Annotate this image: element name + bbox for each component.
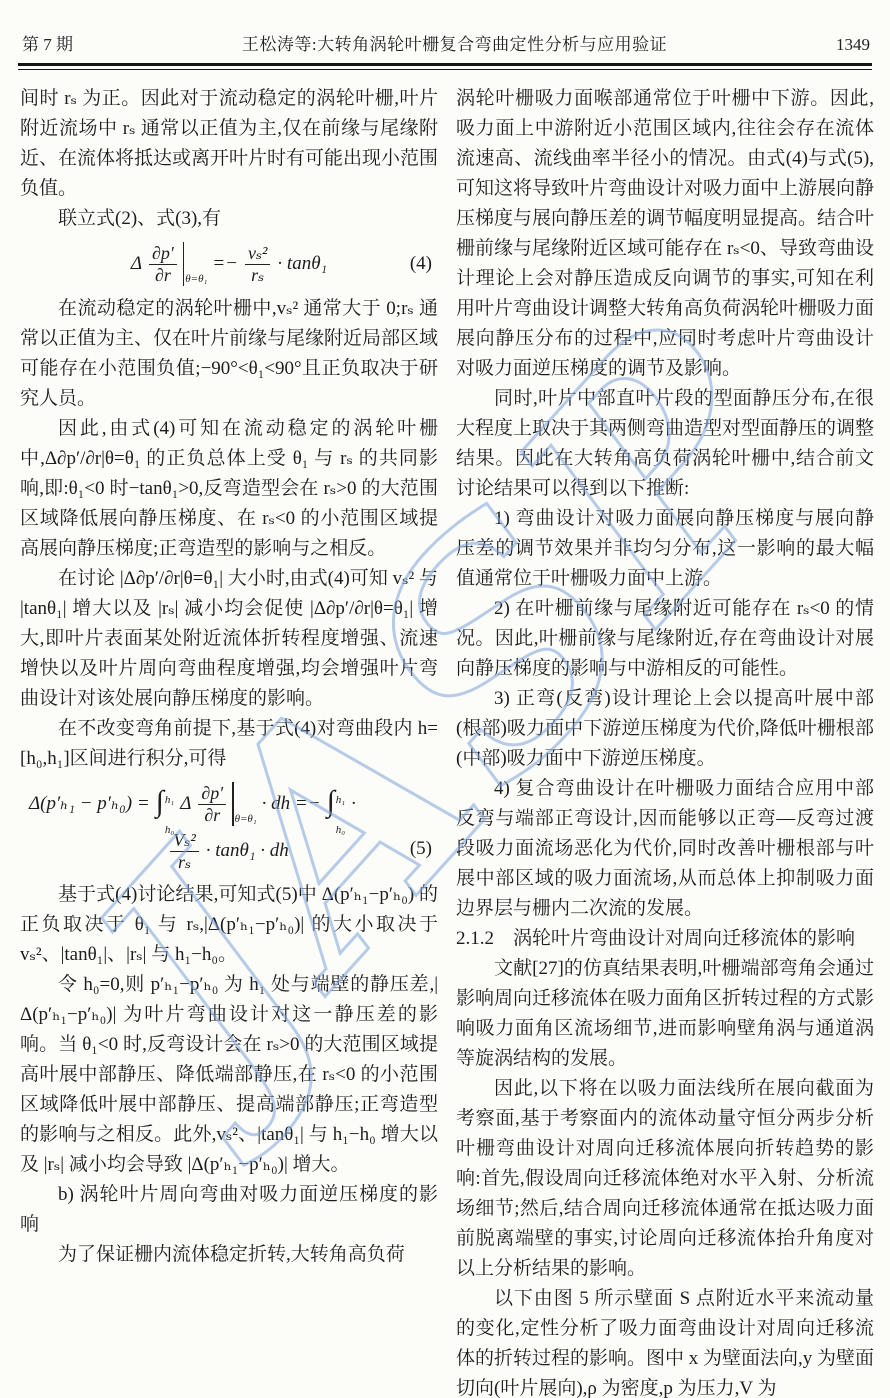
fraction: ∂p′ ∂r: [149, 243, 177, 285]
equals-sign: =−: [212, 249, 238, 279]
evaluation-bar: θ=θ₁: [183, 242, 207, 286]
subsection-heading: 2.1.2 涡轮叶片弯曲设计对周向迁移流体的影响: [456, 924, 874, 954]
dot-operator: ·: [351, 789, 356, 819]
paragraph: 文献[27]的仿真结果表明,叶栅端部弯角会通过影响周向迁移流体在吸力面角区折转过…: [456, 954, 874, 1074]
paragraph: 2) 在叶栅前缘与尾缘附近可能存在 rₛ<0 的情况。因此,叶栅前缘与尾缘附近,…: [456, 594, 874, 684]
paragraph: 令 h₀=0,则 p′ₕ₁−p′ₕ₀ 为 h₁ 处与端壁的静压差,|Δ(p′ₕ₁…: [20, 970, 438, 1180]
equation-number: (5): [410, 834, 432, 864]
equation-4-body: Δ ∂p′ ∂r θ=θ₁ =− vₛ² rₛ · tanθ₁: [20, 242, 438, 286]
journal-page: JASP 第 7 期 王松涛等:大转角涡轮叶栅复合弯曲定性分析与应用验证 134…: [0, 0, 890, 1398]
paragraph: 涡轮叶栅吸力面喉部通常位于叶栅中下游。因此,吸力面上中游附近小范围区域内,往往会…: [456, 84, 874, 384]
fraction: ∂p′ ∂r: [198, 783, 226, 825]
paragraph: 在讨论 |Δ∂p′/∂r|θ=θ₁| 大小时,由式(4)可知 vₛ² 与 |ta…: [20, 564, 438, 714]
header-rule-thick: [18, 63, 872, 66]
paragraph: 基于式(4)讨论结果,可知式(5)中 Δ(p′ₕ₁−p′ₕ₀) 的正负取决于 θ…: [20, 880, 438, 970]
equation-number: (4): [410, 249, 432, 279]
equation-tail: · tanθ₁ · dh: [206, 836, 289, 866]
fraction: Vₛ² rₛ: [170, 830, 198, 872]
integral-sign: ∫ h₁ h₀: [327, 785, 346, 823]
paragraph: 4) 复合弯曲设计在叶栅吸力面结合应用中部反弯与端部正弯设计,因而能够以正弯—反…: [456, 774, 874, 924]
page-number: 1349: [836, 35, 870, 55]
delta-operator: Δ: [131, 249, 142, 279]
equation-5-line1: Δ(p′ₕ₁ − p′ₕ₀) = ∫ h₁ h₀ Δ ∂p′ ∂r: [20, 782, 438, 826]
issue-number: 第 7 期: [22, 30, 73, 55]
paragraph: 在流动稳定的涡轮叶栅中,vₛ² 通常大于 0;rₛ 通常以正值为主、仅在叶片前缘…: [20, 294, 438, 414]
integral-sign: ∫ h₁ h₀: [156, 785, 175, 823]
equation-4: Δ ∂p′ ∂r θ=θ₁ =− vₛ² rₛ · tanθ₁: [20, 242, 438, 286]
paragraph: 1) 弯曲设计对吸力面展向静压梯度与展向静压差的调节效果并非均匀分布,这一影响的…: [456, 504, 874, 594]
equation-5-line2: Vₛ² rₛ · tanθ₁ · dh: [20, 830, 438, 872]
paragraph: b) 涡轮叶片周向弯曲对吸力面逆压梯度的影响: [20, 1180, 438, 1240]
paragraph: 同时,叶片中部直叶片段的型面静压分布,在很大程度上取决于其两侧弯曲造型对型面静压…: [456, 384, 874, 504]
left-column: 间时 rₛ 为正。因此对于流动稳定的涡轮叶栅,叶片附近流场中 rₛ 通常以正值为…: [20, 84, 438, 1398]
right-column: 涡轮叶栅吸力面喉部通常位于叶栅中下游。因此,吸力面上中游附近小范围区域内,往往会…: [456, 84, 874, 1398]
equation-mid: · dh =−: [262, 789, 321, 819]
paragraph: 联立式(2)、式(3),有: [20, 204, 438, 234]
paragraph: 在不改变弯角前提下,基于式(4)对弯曲段内 h=[h₀,h₁]区间进行积分,可得: [20, 714, 438, 774]
page-header: 第 7 期 王松涛等:大转角涡轮叶栅复合弯曲定性分析与应用验证 1349: [0, 0, 890, 63]
paragraph: 3) 正弯(反弯)设计理论上会以提高叶展中部(根部)吸力面中下游逆压梯度为代价,…: [456, 684, 874, 774]
paragraph: 以下由图 5 所示壁面 S 点附近水平来流动量的变化,定性分析了吸力面弯曲设计对…: [456, 1284, 874, 1398]
paragraph: 间时 rₛ 为正。因此对于流动稳定的涡轮叶栅,叶片附近流场中 rₛ 通常以正值为…: [20, 84, 438, 204]
equation-tail: · tanθ₁: [277, 249, 327, 279]
equation-5: Δ(p′ₕ₁ − p′ₕ₀) = ∫ h₁ h₀ Δ ∂p′ ∂r: [20, 782, 438, 872]
paragraph: 因此,由式(4)可知在流动稳定的涡轮叶栅中,Δ∂p′/∂r|θ=θ₁ 的正负总体…: [20, 414, 438, 564]
equation-lhs: Δ(p′ₕ₁ − p′ₕ₀) =: [29, 789, 150, 819]
delta-operator: Δ: [180, 789, 191, 819]
two-column-body: 间时 rₛ 为正。因此对于流动稳定的涡轮叶栅,叶片附近流场中 rₛ 通常以正值为…: [0, 70, 890, 1398]
paragraph: 因此,以下将在以吸力面法线所在展向截面为考察面,基于考察面内的流体动量守恒分两步…: [456, 1074, 874, 1284]
paragraph: 为了保证栅内流体稳定折转,大转角高负荷: [20, 1240, 438, 1270]
header-rule: [18, 63, 872, 70]
evaluation-bar: θ=θ₁: [232, 782, 256, 826]
fraction: vₛ² rₛ: [245, 243, 270, 285]
running-title: 王松涛等:大转角涡轮叶栅复合弯曲定性分析与应用验证: [73, 30, 836, 55]
